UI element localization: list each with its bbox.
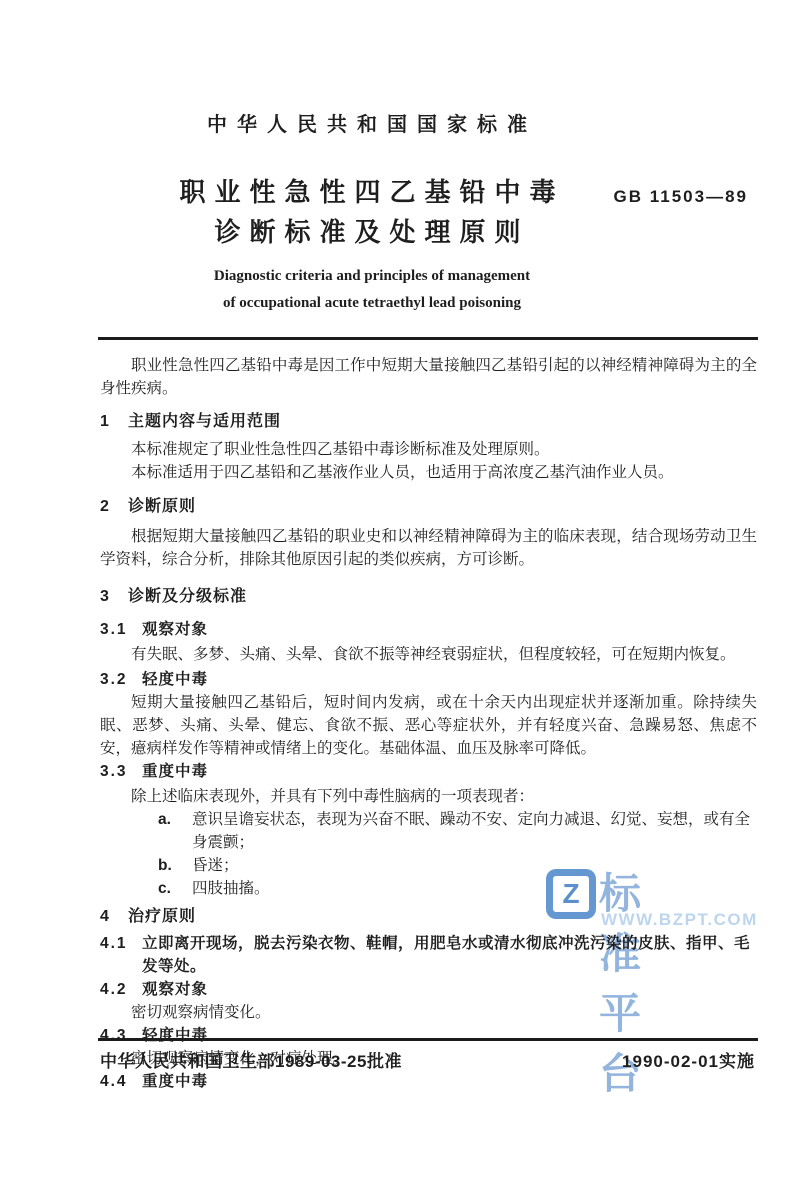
standard-type-heading: 中华人民共和国国家标准 (0, 0, 744, 137)
subsection-number: 4.2 (100, 978, 130, 1001)
list-item: b.昏迷； (158, 854, 757, 877)
paragraph: 根据短期大量接触四乙基铅的职业史和以神经精神障碍为主的临床表现，结合现场劳动卫生… (100, 525, 757, 571)
subsection-number: 4.3 (100, 1024, 130, 1047)
section-title: 主题内容与适用范围 (128, 413, 281, 430)
list-item-text: 四肢抽搐。 (192, 877, 270, 900)
section-4-heading: 4治疗原则 (100, 905, 757, 928)
header-divider (98, 337, 758, 340)
subsection-title: 轻度中毒 (142, 1027, 208, 1044)
subsection-title: 轻度中毒 (142, 671, 208, 688)
section-number: 2 (100, 495, 118, 518)
paragraph: 密切观察病情变化，对症处理。 (100, 1047, 757, 1070)
list-item-text: 昏迷； (192, 854, 239, 877)
subsection-3-1-heading: 3.1观察对象 (100, 618, 757, 641)
english-title-line1: Diagnostic criteria and principles of ma… (0, 263, 744, 290)
intro-paragraph: 职业性急性四乙基铅中毒是因工作中短期大量接触四乙基铅引起的以神经精神障碍为主的全… (100, 354, 757, 400)
list-item-label: a. (158, 808, 192, 854)
list-item-label: b. (158, 854, 192, 877)
section-title: 治疗原则 (128, 908, 196, 925)
standard-number: GB 11503—89 (614, 187, 748, 207)
document-title-line2: 诊断标准及处理原则 (0, 215, 744, 249)
subsection-3-2-heading: 3.2轻度中毒 (100, 668, 757, 691)
subsection-number: 3.2 (100, 668, 130, 691)
paragraph: 本标准规定了职业性急性四乙基铅中毒诊断标准及处理原则。 (100, 438, 757, 461)
list-item: c.四肢抽搐。 (158, 877, 757, 900)
subsection-4-4-heading: 4.4重度中毒 (100, 1070, 757, 1093)
paragraph: 本标准适用于四乙基铅和乙基液作业人员，也适用于高浓度乙基汽油作业人员。 (100, 461, 757, 484)
section-number: 1 (100, 410, 118, 433)
subsection-title: 重度中毒 (142, 1073, 208, 1090)
section-title: 诊断原则 (128, 498, 196, 515)
subsection-number: 3.1 (100, 618, 130, 641)
paragraph: 密切观察病情变化。 (100, 1001, 757, 1024)
subsection-number: 3.3 (100, 760, 130, 783)
subsection-3-3-heading: 3.3重度中毒 (100, 760, 757, 783)
paragraph: 除上述临床表现外，并具有下列中毒性脑病的一项表现者： (100, 785, 757, 808)
subsection-text: 立即离开现场，脱去污染衣物、鞋帽，用肥皂水或清水彻底冲洗污染的皮肤、指甲、毛发等… (142, 932, 757, 978)
subsection-number: 4.4 (100, 1070, 130, 1093)
list-item-text: 意识呈谵妄状态，表现为兴奋不眠、躁动不安、定向力减退、幻觉、妄想，或有全身震颤； (192, 808, 757, 854)
subsection-title: 观察对象 (142, 981, 208, 998)
subsection-4-1: 4.1立即离开现场，脱去污染衣物、鞋帽，用肥皂水或清水彻底冲洗污染的皮肤、指甲、… (100, 932, 757, 978)
subsection-4-3-heading: 4.3轻度中毒 (100, 1024, 757, 1047)
english-title-line2: of occupational acute tetraethyl lead po… (0, 290, 744, 317)
subsection-number: 4.1 (100, 932, 142, 978)
paragraph: 有失眠、多梦、头痛、头晕、食欲不振等神经衰弱症状，但程度较轻，可在短期内恢复。 (100, 643, 757, 666)
list-item: a.意识呈谵妄状态，表现为兴奋不眠、躁动不安、定向力减退、幻觉、妄想，或有全身震… (158, 808, 757, 854)
section-title: 诊断及分级标准 (128, 588, 247, 605)
document-page: Z 标准平台 WWW.BZPT.COM 中华人民共和国国家标准 职业性急性四乙基… (0, 0, 800, 1194)
document-body: 职业性急性四乙基铅中毒是因工作中短期大量接触四乙基铅引起的以神经精神障碍为主的全… (100, 354, 757, 1093)
section-1-heading: 1主题内容与适用范围 (100, 410, 757, 433)
subsection-4-2-heading: 4.2观察对象 (100, 978, 757, 1001)
subsection-title: 观察对象 (142, 621, 208, 638)
section-3-heading: 3诊断及分级标准 (100, 585, 757, 608)
paragraph: 短期大量接触四乙基铅后，短时间内发病，或在十余天内出现症状并逐渐加重。除持续失眠… (100, 691, 757, 760)
subsection-title: 重度中毒 (142, 763, 208, 780)
section-2-heading: 2诊断原则 (100, 495, 757, 518)
list-item-label: c. (158, 877, 192, 900)
section-number: 3 (100, 585, 118, 608)
section-number: 4 (100, 905, 118, 928)
